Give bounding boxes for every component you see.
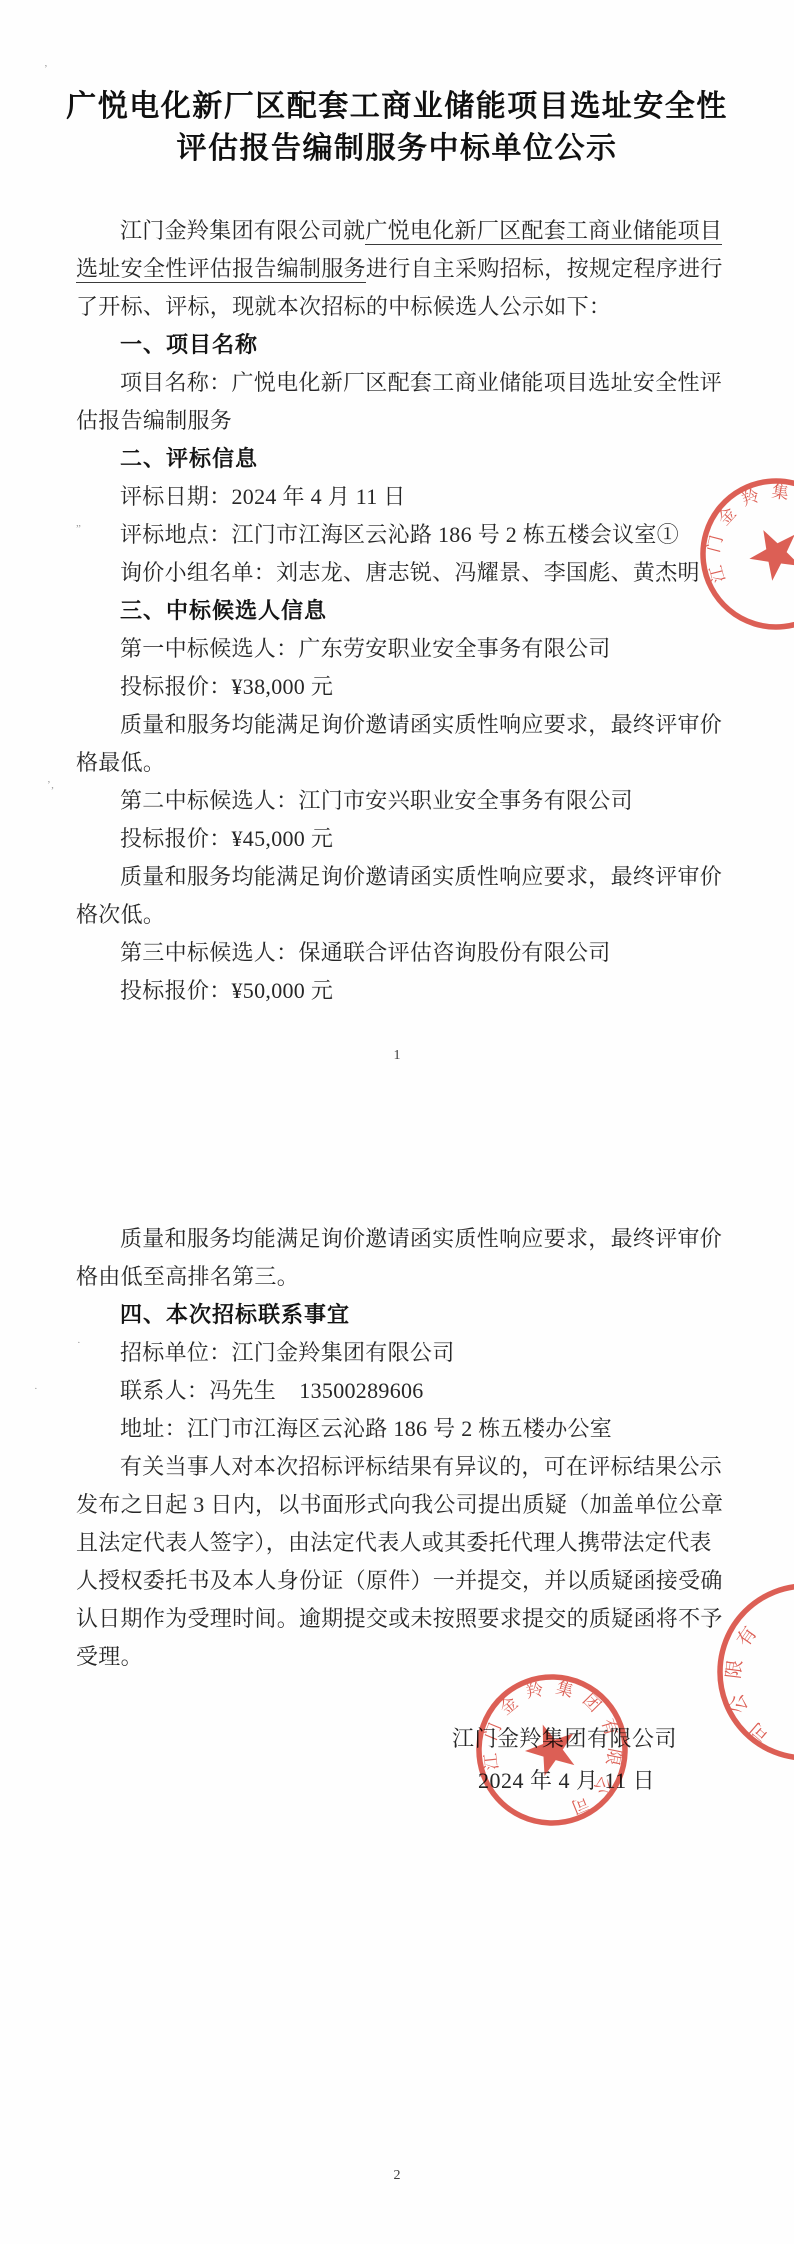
candidate-2-name-line: 第二中标候选人：江门市安兴职业安全事务有限公司 — [120, 782, 794, 820]
candidate-3-note-line-2: 格由低至高排名第三。 — [76, 1258, 756, 1296]
candidate-1-price-line: 投标报价：¥38,000 元 — [120, 668, 794, 706]
intro-line-1-text: 江门金羚集团有限公司就 — [120, 218, 365, 243]
project-name-line-1: 项目名称：广悦电化新厂区配套工商业储能项目选址安全性评 — [120, 364, 794, 402]
scan-artifact: · — [34, 1384, 38, 1395]
objection-line-2: 发布之日起 3 日内，以书面形式向我公司提出质疑（加盖单位公章 — [76, 1486, 756, 1524]
partial-seal-stamp-right-edge: 有 限 公 司 — [706, 1572, 794, 1772]
page-1-number: 1 — [0, 1046, 794, 1066]
scanned-announcement-document: 广悦电化新厂区配套工商业储能项目选址安全性 评估报告编制服务中标单位公示 江门金… — [0, 0, 794, 2244]
intro-line-3: 了开标、评标，现就本次招标的中标候选人公示如下： — [76, 288, 756, 326]
intro-line-1: 江门金羚集团有限公司就广悦电化新厂区配套工商业储能项目 — [120, 212, 794, 250]
scan-artifact: ’ — [44, 64, 48, 75]
candidate-1-note-line-2: 格最低。 — [76, 744, 756, 782]
candidate-2-price-line: 投标报价：¥45,000 元 — [120, 820, 794, 858]
candidate-2-note-line-1: 质量和服务均能满足询价邀请函实质性响应要求，最终评审价 — [120, 858, 794, 896]
candidate-3-price-line: 投标报价：¥50,000 元 — [120, 972, 794, 1010]
candidate-1-note-line-1: 质量和服务均能满足询价邀请函实质性响应要求，最终评审价 — [120, 706, 794, 744]
candidate-3-name-line: 第三中标候选人：保通联合评估咨询股份有限公司 — [120, 934, 794, 972]
objection-line-5: 认日期作为受理时间。逾期提交或未按照要求提交的质疑函将不予 — [76, 1600, 756, 1638]
intro-line-2: 选址安全性评估报告编制服务进行自主采购招标，按规定程序进行 — [76, 250, 756, 288]
address-line: 地址：江门市江海区云沁路 186 号 2 栋五楼办公室 — [120, 1410, 794, 1448]
section-1-heading: 一、项目名称 — [120, 326, 794, 364]
tender-unit-line: 招标单位：江门金羚集团有限公司 — [120, 1334, 794, 1372]
page-2-number: 2 — [0, 2166, 794, 2186]
objection-line-3: 且法定代表人签字），由法定代表人或其委托代理人携带法定代表 — [76, 1524, 756, 1562]
partial-seal-char-4: 司 — [744, 1718, 773, 1747]
objection-line-1: 有关当事人对本次招标评标结果有异议的，可在评标结果公示 — [120, 1448, 794, 1486]
intro-line-2-text: 进行自主采购招标，按规定程序进行 — [366, 256, 723, 281]
project-name-line-2: 估报告编制服务 — [76, 402, 756, 440]
candidate-3-note-line-1: 质量和服务均能满足询价邀请函实质性响应要求，最终评审价 — [120, 1220, 794, 1258]
objection-line-4: 人授权委托书及本人身份证（原件）一并提交，并以质疑函接受确 — [76, 1562, 756, 1600]
doc-title-line-2: 评估报告编制服务中标单位公示 — [0, 128, 794, 170]
partial-seal-char-2: 限 — [722, 1658, 746, 1680]
doc-title-line-1: 广悦电化新厂区配套工商业储能项目选址安全性 — [0, 86, 794, 128]
section-4-heading: 四、本次招标联系事宜 — [120, 1296, 794, 1334]
company-seal-stamp-page1: 江门金羚集团有限公司 — [691, 469, 794, 639]
scan-artifact: · — [77, 1338, 81, 1349]
intro-line-2-underlined: 选址安全性评估报告编制服务 — [76, 256, 366, 283]
scan-artifact: „ — [76, 518, 81, 529]
partial-seal-char-1: 有 — [733, 1623, 762, 1651]
candidate-2-note-line-2: 格次低。 — [76, 896, 756, 934]
intro-line-1-underlined: 广悦电化新厂区配套工商业储能项目 — [365, 218, 722, 245]
company-seal-stamp-page2: 江门金羚集团有限公司 — [467, 1665, 637, 1835]
scan-artifact: ’‚ — [47, 780, 54, 791]
contact-line: 联系人：冯先生 13500289606 — [120, 1372, 794, 1410]
objection-line-6: 受理。 — [76, 1638, 756, 1676]
